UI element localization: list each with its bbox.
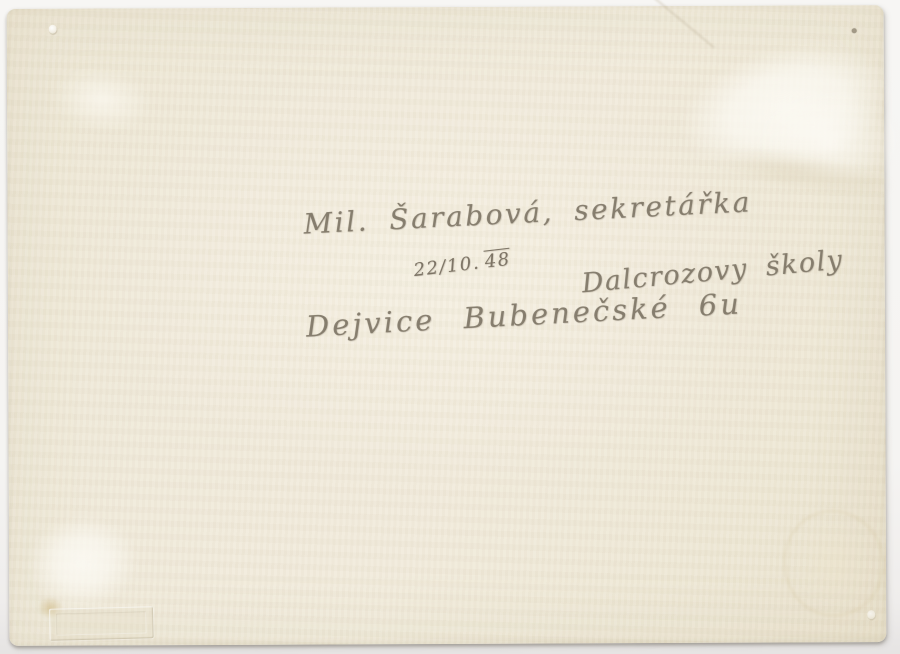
ring-stain-bottom-right bbox=[784, 510, 884, 616]
abrasion-top-right bbox=[668, 23, 900, 192]
inscription-name-line: Mil. Šarabová, sekretářka bbox=[303, 185, 753, 240]
photo-backdrop: Mil. Šarabová, sekretářka 22/10.48 Dalcr… bbox=[0, 0, 900, 654]
inscription-address-line: Dejvice Bubenečské 6u bbox=[305, 286, 743, 343]
date-day-month: 22/10. bbox=[413, 252, 482, 281]
crease-mark bbox=[644, 0, 714, 49]
pinhole-bottom-right bbox=[867, 610, 875, 619]
abrasion-top-right-core bbox=[759, 93, 899, 189]
abrasion-bottom-left bbox=[22, 511, 141, 614]
date-year: 48 bbox=[484, 249, 512, 273]
embossed-stamp bbox=[49, 606, 154, 641]
abrasion-top-left bbox=[48, 62, 155, 137]
inscription-date: 22/10.48 bbox=[413, 249, 512, 281]
pinhole-top-left bbox=[49, 25, 57, 34]
speck-top-right bbox=[852, 28, 857, 33]
photograph-back: Mil. Šarabová, sekretářka 22/10.48 Dalcr… bbox=[7, 5, 887, 646]
